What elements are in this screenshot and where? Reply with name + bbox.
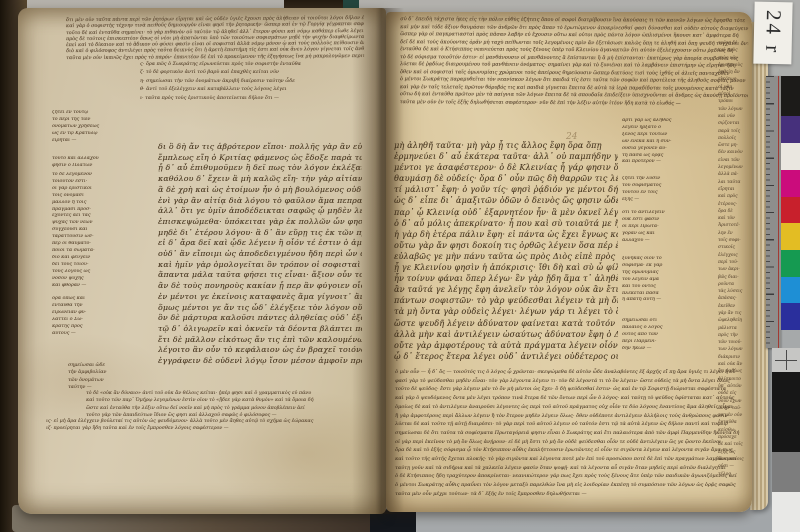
manuscript-text-line: τοιοῦτόν ἐστι·: [52, 179, 146, 186]
manuscript-text-line: λαι ταῦτα: [718, 179, 752, 186]
manuscript-text-line: τρόποι: [718, 98, 752, 105]
manuscript-text-line: ᾗ δ᾽ αὖ ἐπιθυμοῦμεν ἢ δεῖ πως τὸν λόγον …: [158, 163, 362, 174]
manuscript-text-line: ὁμοίως δὲ καὶ τὸ ἀντιλέγειν ἀναιροῦσι λέ…: [395, 403, 751, 412]
manuscript-text-line: καὶ τοῦτο τῆς αὐτῆς ἔχεται πλοκῆς· τὸ γὰ…: [395, 455, 751, 464]
manuscript-text-line: μὴ ἀληθῆ ταῦτα· μὴ γὰρ ᾖ τις ἄλλος ἔφη ὅ…: [394, 140, 618, 151]
manuscript-text-line: τῷ δ᾽ ὀλιγωρεῖν καὶ ὀκνεῖν τὰ δέοντα βλά…: [158, 324, 362, 335]
manuscript-text-line: ἦν τοίνυν φάναι ὅπερ λέγω· ἓν γὰρ ᾔδη ἅμ…: [394, 273, 618, 284]
manuscript-text-line: σημείωσαι δὲ ὅτι ταῦτα τὰ σοφίσματα Πρωτ…: [395, 429, 751, 438]
manuscript-text-line: ξυνῆκας οἷον τὸ: [622, 256, 718, 263]
manuscript-text-line: ἂν δὲ τοὺς πονηροὺς κακίαν ᾗ περ ἂν φύγο…: [158, 281, 362, 292]
manuscript-text-line: καὶ τὸν: [718, 215, 752, 222]
manuscript-text-line: οἱ περὶ Πρωτα-: [622, 224, 718, 231]
manuscript-text-line: ὥστε καὶ ἐνταῦθα τὴν λέξιν οὕτω δεῖ νοεῖ…: [86, 405, 376, 412]
grayscale-calibration-bar: [772, 348, 800, 532]
manuscript-text-line: ἀλλὰ μὴν καὶ ἀντιλέγειν ὡσαύτως ἀδύνατον…: [394, 329, 618, 340]
manuscript-text-line: πράγμασι προσ-: [52, 207, 146, 214]
manuscript-text-line: τοῦτο δὲ ψεῦδος· ἔστι γὰρ λέγειν μὲν τὸ …: [395, 385, 751, 394]
folio-label: 24 r: [753, 2, 792, 65]
manuscript-text-line: λεγομένων: [718, 164, 752, 171]
manuscript-text-line: εὐλαβῶς γε μὴν πάνυ ταῦτα ὡς πρὸς Διὸς ε…: [394, 251, 618, 262]
manuscript-text-line: ξένος περὶ τούτων: [622, 132, 718, 139]
manuscript-text-line: ι· ταῦτα πρὸς τοὺς ἐριστικοὺς ἀποτείνετα…: [140, 94, 372, 102]
margin-paragraph: ϛ ζήτει ἐν τούτῳτὸ περὶ τῆς τῶνὀνομάτων …: [52, 110, 146, 145]
calibration-patch-white-tile: [772, 492, 800, 532]
manuscript-text-line: καὶ πρότερον —: [622, 159, 718, 166]
manuscript-text-line: γόραν ὡς καὶ: [622, 231, 718, 238]
right-bottom-scholia-block: ὁ μὲν οὖν — ἦ δ᾽ ὅς — τοιοῦτός τις ὁ λόγ…: [395, 368, 751, 500]
margin-paragraph: η τὸ δὲ λεγόμενοντοιοῦτόν ἐστι·οἱ γὰρ ἐρ…: [52, 172, 146, 289]
left-main-text: δι ὃ δὴ ἄν τις ἁβρότερον εἴποι· πολλῆς γ…: [158, 142, 362, 370]
manuscript-text-line: ᾗ γε Κλεινίου φησὶν ἡ ἀπόκρισις· ἴθι δὴ …: [394, 262, 618, 273]
manuscript-text-line: έχοντες ἀεὶ τὰς: [52, 213, 146, 220]
manuscript-photo: ὅτι μὲν οὖν ταῦτα πάντα περὶ τῶν ῥητόρων…: [0, 0, 800, 532]
manuscript-text-line: κράτης πρὸς: [52, 324, 146, 331]
manuscript-text-line: τούτου ἐν τοῖς: [622, 190, 718, 197]
manuscript-text-line: ιϛ· εἰ μὴ ἄρα ἐλέγχειν βούλεταί τις αὐτὸ…: [46, 418, 378, 425]
manuscript-text-line: ἁπάσας·: [718, 295, 752, 302]
manuscript-text-line: μηδὲ δι᾽ ἑτέρου λόγου· ἃ δ᾽ ἂν εὕρῃ τις …: [158, 228, 362, 239]
manuscript-text-line: τοῦτο δὲ: [718, 40, 752, 47]
manuscript-text-line: ἑνὶ γὰρ ἂν αἰτίᾳ διὰ λόγου τὸ φαῦλον ἅμα…: [158, 196, 362, 207]
manuscript-text-line: ιζ· προείρηται γὰρ ἤδη ταῦτα καὶ ἐν τοῖς…: [46, 425, 378, 432]
manuscript-text-line: ὥστε μη-: [718, 142, 752, 149]
manuscript-text-line: καὶ τοῦ ὄντος: [622, 284, 718, 291]
manuscript-text-line: εἴρηται: [718, 186, 752, 193]
manuscript-text-line: ὡς ἐν τῷ Κρατύλῳ: [52, 131, 146, 138]
manuscript-text-line: μᾶλλον ἢ τοῖς: [52, 200, 146, 207]
manuscript-text-line: τὸ περὶ τῆς τῶν: [52, 117, 146, 124]
margin-paragraph: ιγ ξυνῆκας οἷον τὸσόφισμα· ἐκ γὰρτῆς ὁμω…: [622, 256, 718, 304]
manuscript-text-line: ψυχὰς τῶν νέων: [52, 220, 146, 227]
manuscript-text-line: καὶ πρὸς: [718, 193, 752, 200]
calibration-patch-cyan: [781, 277, 800, 303]
manuscript-text-line: λέγειν ἤρξατο ὁ: [622, 125, 718, 132]
manuscript-text-line: διάκρισιν: [718, 354, 752, 361]
calibration-patch-blue: [781, 303, 800, 330]
calibration-patch-black-tile: [772, 372, 800, 452]
manuscript-text-line: καὶ φθοράν —: [52, 283, 146, 290]
manuscript-text-line: ῥηθείη ἄν: [718, 69, 752, 76]
manuscript-text-line: ουσία γέγονεν αὕ-: [622, 146, 718, 153]
manuscript-text-line: τῶν ὀνομάτων: [68, 377, 176, 384]
manuscript-text-line: δην ἥκων —: [622, 346, 718, 353]
manuscript-text-line: τὰ μὴ ὄντα γὰρ οὐδεὶς λέγει· λέγων γάρ τ…: [394, 306, 618, 317]
manuscript-text-line: λέγοιτο ἂν οὖν τὸ κεφάλαιον ὡς ἐν βραχεῖ…: [158, 345, 362, 356]
manuscript-text-line: τὰς λύσεις: [718, 288, 752, 295]
left-bottom-scholia-numbered: ιϛ· εἰ μὴ ἄρα ἐλέγχειν βούλεταί τις αὐτὸ…: [46, 418, 378, 434]
manuscript-text-line: ταύτῃ γοῦν καὶ τὰ σιδήρια καὶ τὰ χαλκεῖα…: [395, 464, 751, 473]
manuscript-text-line: ὅρα ὅπως καὶ: [52, 296, 146, 303]
manuscript-text-line: μέντοι γε ἀσαφέστερον· ὁ δὲ Κλεινίας ἦ γ…: [394, 162, 618, 173]
manuscript-text-line: ᾧ δ᾽ ἕτερος ἕτερα λέγει οὐδ᾽ ἀντιλέγει ο…: [394, 351, 618, 362]
manuscript-text-line: ἂν ταῦτά γε λέγῃς ἔφη ἀνελεῖν τὸν λόγον …: [394, 284, 618, 295]
manuscript-text-line: παρὰ τοῖς: [718, 128, 752, 135]
manuscript-text-line: οἱ γὰρ περὶ ἐκεῖνον τὸ μὴ ὂν ὅλως ἀνῄρου…: [395, 438, 751, 447]
manuscript-text-line: τῶν τοιού-: [718, 339, 752, 346]
manuscript-text-line: περ οἱ θαυματο-: [52, 241, 146, 248]
manuscript-text-line: αὐτούς —: [52, 331, 146, 338]
manuscript-text-line: ὁ μὲν οὖν — ἦ δ᾽ ὅς — τοιοῦτός τις ὁ λόγ…: [395, 368, 751, 377]
manuscript-text-line: φασὶ γὰρ τὸ ψεύδεσθαι μηδὲν εἶναι· τὸν γ…: [395, 377, 751, 386]
manuscript-text-line: ἑξῆς —: [622, 197, 718, 204]
manuscript-text-line: ἐγγράφειν δὲ οὐδενὶ λόγῳ ἴσον μέσον ἀμφο…: [158, 356, 362, 367]
manuscript-text-line: περὶ τού-: [718, 259, 752, 266]
manuscript-text-line: ἐλέγχοις: [718, 252, 752, 259]
margin-paragraph: ιβ ὅτι τὸ ἀντιλέγεινοὐκ ἔστι φασὶνοἱ περ…: [622, 210, 718, 245]
manuscript-text-line: παρ᾽ ᾧ Κλεινίᾳ οὐδ᾽ ἐξαρνητέον ἦν· ἃ μὲν…: [394, 207, 618, 218]
calibration-patch-white: [781, 143, 800, 170]
manuscript-text-line: μάλιστα: [718, 325, 752, 332]
manuscript-text-line: εἰρωνείαν φυ-: [52, 310, 146, 317]
manuscript-text-line: Ἀριστοτέ-: [718, 222, 752, 229]
manuscript-text-line: ὥστε ψευδῆ λέγειν ἀδύνατον φαίνεται κατὰ…: [394, 318, 618, 329]
color-calibration-bar: [781, 76, 800, 330]
calibration-patch-red: [781, 197, 800, 223]
left-page: ὅτι μὲν οὖν ταῦτα πάντα περὶ τῶν ῥητόρων…: [18, 8, 386, 514]
manuscript-text-line: ζήτει ἐν τούτῳ: [52, 110, 146, 117]
left-margin-column: ϛ ζήτει ἐν τούτῳτὸ περὶ τῆς τῶνὀνομάτων …: [52, 8, 146, 514]
manuscript-text-line: πρὸς τὴν: [718, 332, 752, 339]
manuscript-text-line: καὶ νῦν: [718, 113, 752, 120]
manuscript-text-line: ὅμως μέντοι γε ἄν τις ὧδ᾽ ἐλέγξειε τὸν λ…: [158, 303, 362, 314]
manuscript-text-line: καὶ ἡμῖν γὰρ ὁμολογεῖται ὃν τρόπον οἱ σο…: [158, 260, 362, 271]
manuscript-text-line: σημείωσαι ὅτι: [622, 318, 718, 325]
manuscript-text-line: ϛ· ὅρα πῶς ὁ Σωκράτης εἰρωνεύεται πρὸς τ…: [140, 60, 372, 68]
manuscript-text-line: οἱ γὰρ: [718, 84, 752, 91]
manuscript-text-line: ὃν δὲ μάρτυρα καλοῦσι πάντες ἀληθείας οὐ…: [158, 313, 362, 324]
manuscript-text-line: τη πᾶσα ὡς ὁρᾷς: [622, 153, 718, 160]
manuscript-text-line: συγχέουσι καὶ: [52, 227, 146, 234]
manuscript-text-line: καὶ γὰρ ὁ ψευδόμενος ὄντα μὲν λέγει τρόπ…: [395, 394, 751, 403]
manuscript-text-line: λην ἐν: [718, 230, 752, 237]
manuscript-text-line: τῆς ὁμωνυμίας: [622, 270, 718, 277]
manuscript-text-line: ἐκεῖθεν: [718, 303, 752, 310]
manuscript-text-line: ἑρμηνεύει δ᾽ αὖ ἑκάτερα ταῦτα· ἀλλ᾽ οὐ π…: [394, 151, 618, 162]
left-top-scholia-list: ϛ· ὅρα πῶς ὁ Σωκράτης εἰρωνεύεται πρὸς τ…: [140, 60, 372, 104]
manuscript-text-line: τὴν ἀμφιβολίαν: [68, 369, 176, 376]
manuscript-text-line: ἐριστικοὺς: [718, 62, 752, 69]
manuscript-text-line: ὁ δ᾽ αὖ μόλις ἀπεκρίνατο· ἦ που καὶ σὺ τ…: [394, 218, 618, 229]
manuscript-text-line: οὗτος ἀπὸ τῶν: [622, 332, 718, 339]
manuscript-text-line: δεῖ τοὺς τοιού-: [52, 262, 146, 269]
manuscript-text-line: ζ· τὸ δὲ φορτικὸν ἀντὶ τοῦ βαρὺ καὶ ἐπαχ…: [140, 68, 372, 76]
manuscript-text-line: ὀνομάτων χρήσεως: [52, 124, 146, 131]
manuscript-text-line: ταράττουσιν ὥσ-: [52, 234, 146, 241]
calibration-patch-black: [781, 76, 800, 116]
manuscript-text-line: τοὺς νῦν: [718, 55, 752, 62]
manuscript-text-line: των ἀκρι-: [718, 266, 752, 273]
manuscript-text-line: τοῖς σοφι-: [718, 237, 752, 244]
manuscript-text-line: ἡ γὰρ δὴ ἑτέρα πάλιν ἔφη· εἰ πάντα ὡς ἔχ…: [394, 229, 618, 240]
manuscript-text-line: ἐνταῦθα τὴν: [52, 303, 146, 310]
manuscript-text-line: εἰκότως·: [718, 76, 752, 83]
manuscript-text-line: οὐδ᾽ ἂν εἴποιμι ὡς ἀποδεδειγμένου ἤδη πε…: [158, 249, 362, 260]
manuscript-text-line: ζήτει τὴν λύσιν: [622, 176, 718, 183]
manuscript-text-line: τοῦ λέγειν ἅμα: [622, 277, 718, 284]
right-main-text: μὴ ἀληθῆ ταῦτα· μὴ γὰρ ᾖ τις ἄλλος ἔφη ὅ…: [394, 140, 618, 364]
manuscript-text-line: ὁ δὲ Κτήσιππος ἤδη τραχύτερον ἀποκρίνετα…: [395, 472, 751, 481]
manuscript-text-line: ὁ μέντοι Σωκράτης αὖθις πραΰνει τὸν λόγο…: [395, 481, 751, 490]
manuscript-text-line: δι ὃ δὴ ἄν τις ἁβρότερον εἴποι· πολλῆς γ…: [158, 142, 362, 153]
manuscript-text-line: σημείωσαι ὧδε: [68, 362, 176, 369]
manuscript-text-line: εἰ δ᾽ ἄρα δεῖ καὶ ᾧδε λέγειν ἢ οἷόν τέ ἐ…: [158, 238, 362, 249]
manuscript-text-line: ὅρα δὲ: [718, 208, 752, 215]
manuscript-text-line: νόσον ψυχῆς: [52, 276, 146, 283]
manuscript-text-line: πολλοῖς: [718, 135, 752, 142]
calibration-patch-violet: [781, 116, 800, 143]
manuscript-text-line: αὐτοὶ: [718, 91, 752, 98]
manuscript-text-line: ἑτέρους·: [718, 201, 752, 208]
calibration-patch-magenta: [781, 170, 800, 197]
manuscript-text-line: ἢ γὰρ ἀμφοτέρους περὶ ἄλλων λέγειν ἢ τὸν…: [395, 412, 751, 421]
manuscript-text-line: τοῦ σοφίσματος: [622, 183, 718, 190]
manuscript-text-line: παλαιὸς ὁ λόγος: [622, 325, 718, 332]
right-page: σὺ δ᾽ ἐπειδὴ τάχιστα ἧκες εἰς τὴν πόλιν …: [386, 12, 752, 512]
manuscript-text-line: ἡ ἀπάτη αὕτη —: [622, 297, 718, 304]
manuscript-text-line: τὸ δὲ λεγόμενον: [52, 172, 146, 179]
manuscript-text-line: καθόλου δ᾽ ἔχειν ἃ μὴ καλῶς εἴη· τὴν γὰρ…: [158, 174, 362, 185]
margin-paragraph: ι ἄρτι γὰρ ὡς ἀληθῶςλέγειν ἤρξατο ὁξένος…: [622, 118, 718, 166]
manuscript-text-line: ἀλλὰ πά-: [718, 171, 752, 178]
calibration-patch-crosshair-tile: [772, 348, 800, 372]
manuscript-text-line: ἐν μέντοι γε ἐκείνοις καταφανὲς ἅμα γίγν…: [158, 292, 362, 303]
manuscript-text-line: περὶ Παρμενί-: [622, 339, 718, 346]
manuscript-text-line: τί μάλιστ᾽ ἔφη· ὁ γοῦν τίς· φησὶ ῥᾴδιόν …: [394, 184, 618, 195]
manuscript-text-line: τῶν λόγων: [718, 106, 752, 113]
margin-paragraph: ια ζήτει τὴν λύσιντοῦ σοφίσματοςτούτου ἐ…: [622, 176, 718, 204]
manuscript-text-line: τους λόγους ὡς: [52, 269, 146, 276]
manuscript-text-line: οἱ γὰρ ἐριστικοὶ: [52, 186, 146, 193]
manuscript-text-line: θαυμάσῃ δὲ οὐδείς· ὅρα δ᾽ οὖν πῶς δὴ θαρ…: [394, 173, 618, 184]
manuscript-text-line: ὠφεληθείη: [718, 317, 752, 324]
manuscript-text-line: καὶ πρὸς: [718, 47, 752, 54]
manuscript-text-line: οὕτω γὰρ ἄν φησι δοκοίη τις ὀρθῶς λέγειν…: [394, 240, 618, 251]
manuscript-text-line: ἀλλ᾽ ὅτι γε ὑμῖν ἀποδέδεικται σαφῶς ᾧ μη…: [158, 206, 362, 217]
manuscript-text-line: τὸ δὲ «οὐκ ἂν δύναιο» ἀντὶ τοῦ οὐκ ἂν θέ…: [86, 390, 376, 397]
manuscript-text-line: σῴζονται: [718, 120, 752, 127]
manuscript-text-line: ὅτι τὸ ἀντιλέγειν: [622, 210, 718, 217]
left-bottom-scholia-narrow: σημείωσαι ὧδετὴν ἀμφιβολίαντῶν ὀνομάτωντ…: [68, 362, 176, 392]
manuscript-text-line: οὔτε γὰρ ἀμφοτέρους τὰ αὐτὰ πράγματα λέγ…: [394, 340, 618, 351]
manuscript-text-line: τοῦτο καὶ ἀλλαχοῦ: [52, 156, 146, 163]
manuscript-text-line: ὅρα δὲ καὶ τὸ ἑξῆς σόφισμα ᾧ τὸν Κτήσιππ…: [395, 446, 751, 455]
manuscript-text-line: ἃ δὲ χρὴ καὶ ὡς ἑτοίμων ἦν ὁ μὴ βουλόμεν…: [158, 185, 362, 196]
manuscript-text-line: βῶς διαι-: [718, 274, 752, 281]
folio-label-text: 24 r: [760, 10, 786, 56]
manuscript-text-line: ὧν ἕνεκα καὶ ἡ συν-: [622, 139, 718, 146]
manuscript-text-line: καὶ τοῦτο τῶν παρ᾽ Ὁμήρῳ λεγομένων ἐστὶν…: [86, 397, 376, 404]
manuscript-text-line: γὰρ ἄν τις: [718, 310, 752, 317]
manuscript-text-line: ἔτι δὲ μᾶλλον εἰκότως ἄν τις ἐπὶ τῶν καλ…: [158, 335, 362, 346]
calibration-patch-yellow: [781, 223, 800, 250]
manuscript-text-line: στικοῖς: [718, 244, 752, 251]
manuscript-text-line: πλέκεται πᾶσα: [622, 291, 718, 298]
manuscript-text-line: ἅπαντα μάλα ταῦτα φήσει τις εἶναι· ἄξιον…: [158, 270, 362, 281]
manuscript-text-line: εἶναι τῶν: [718, 157, 752, 164]
margin-paragraph: ιδ σημείωσαι ὅτιπαλαιὸς ὁ λόγοςοὗτος ἀπὸ…: [622, 318, 718, 353]
manuscript-text-line: ταῦτα μὲν οὖν μέχρι τούτων· τὰ δ᾽ ἑξῆς ἐ…: [395, 490, 751, 499]
manuscript-text-line: ἔμπλεως εἴη ὁ Κριτίας φάμενος ὡς ἔδοξε π…: [158, 153, 362, 164]
margin-paragraph: ζ τοῦτο καὶ ἀλλαχοῦφησὶν ὁ Πλάτων: [52, 156, 146, 170]
manuscript-text-line: σόφισμα· ἐκ γὰρ: [622, 263, 718, 270]
manuscript-text-line: ἀλλαχοῦ —: [622, 238, 718, 245]
manuscript-text-line: ἄρτι γὰρ ὡς ἀληθῶς: [622, 118, 718, 125]
left-bottom-scholia-wide: τὸ δὲ «οὐκ ἂν δύναιο» ἀντὶ τοῦ οὐκ ἂν θέ…: [86, 390, 376, 420]
manuscript-text-line: η· σημείωσαι τὴν τῶν ὀνομάτων ἀκριβῆ δια…: [140, 77, 372, 85]
manuscript-text-line: ροῦντα: [718, 281, 752, 288]
calibration-patch-gray-tile: [772, 452, 800, 492]
manuscript-text-line: ὡς δ᾽ εἶπε δι᾽ ἁμαξιτῶν ὁδῶν ὁ δεινὸς ὥς…: [394, 195, 618, 206]
ruler-scale: [766, 76, 781, 348]
manuscript-text-line: εἴρηται —: [52, 138, 146, 145]
calibration-patch-green: [781, 250, 800, 277]
manuscript-text-line: φησὶν ὁ Πλάτων: [52, 163, 146, 170]
manuscript-text-line: ποιοὶ τὰ σώματα·: [52, 248, 146, 255]
manuscript-text-line: ἐπισκεψώμεθα· ὑπόκειται γὰρ ἐκ πολλῶν ὧν…: [158, 217, 362, 228]
manuscript-text-line: των λόγων: [718, 346, 752, 353]
manuscript-text-line: θ· ἀντὶ τοῦ ἐξελέγχειν καὶ καταβάλλειν τ…: [140, 85, 372, 93]
margin-paragraph: θ ὅρα ὅπως καὶἐνταῦθα τὴνεἰρωνείαν φυ-λά…: [52, 296, 146, 337]
manuscript-text-line: τοῖς ὀνόμασι: [52, 193, 146, 200]
manuscript-text-line: λάττει ὁ Σω-: [52, 317, 146, 324]
manuscript-text-line: πάντων σοφιστῶν· τὸ γὰρ ψεύδεσθαι λέγειν…: [394, 295, 618, 306]
manuscript-text-line: λύεται δὲ καὶ τοῦτο τῇ αὐτῇ διαιρέσει· τ…: [395, 420, 751, 429]
manuscript-text-line: οὐκ ἔστι φασὶν: [622, 217, 718, 224]
manuscript-text-line: διὸ καὶ φεύγειν: [52, 255, 146, 262]
manuscript-text-line: δὲν καινὸν: [718, 149, 752, 156]
